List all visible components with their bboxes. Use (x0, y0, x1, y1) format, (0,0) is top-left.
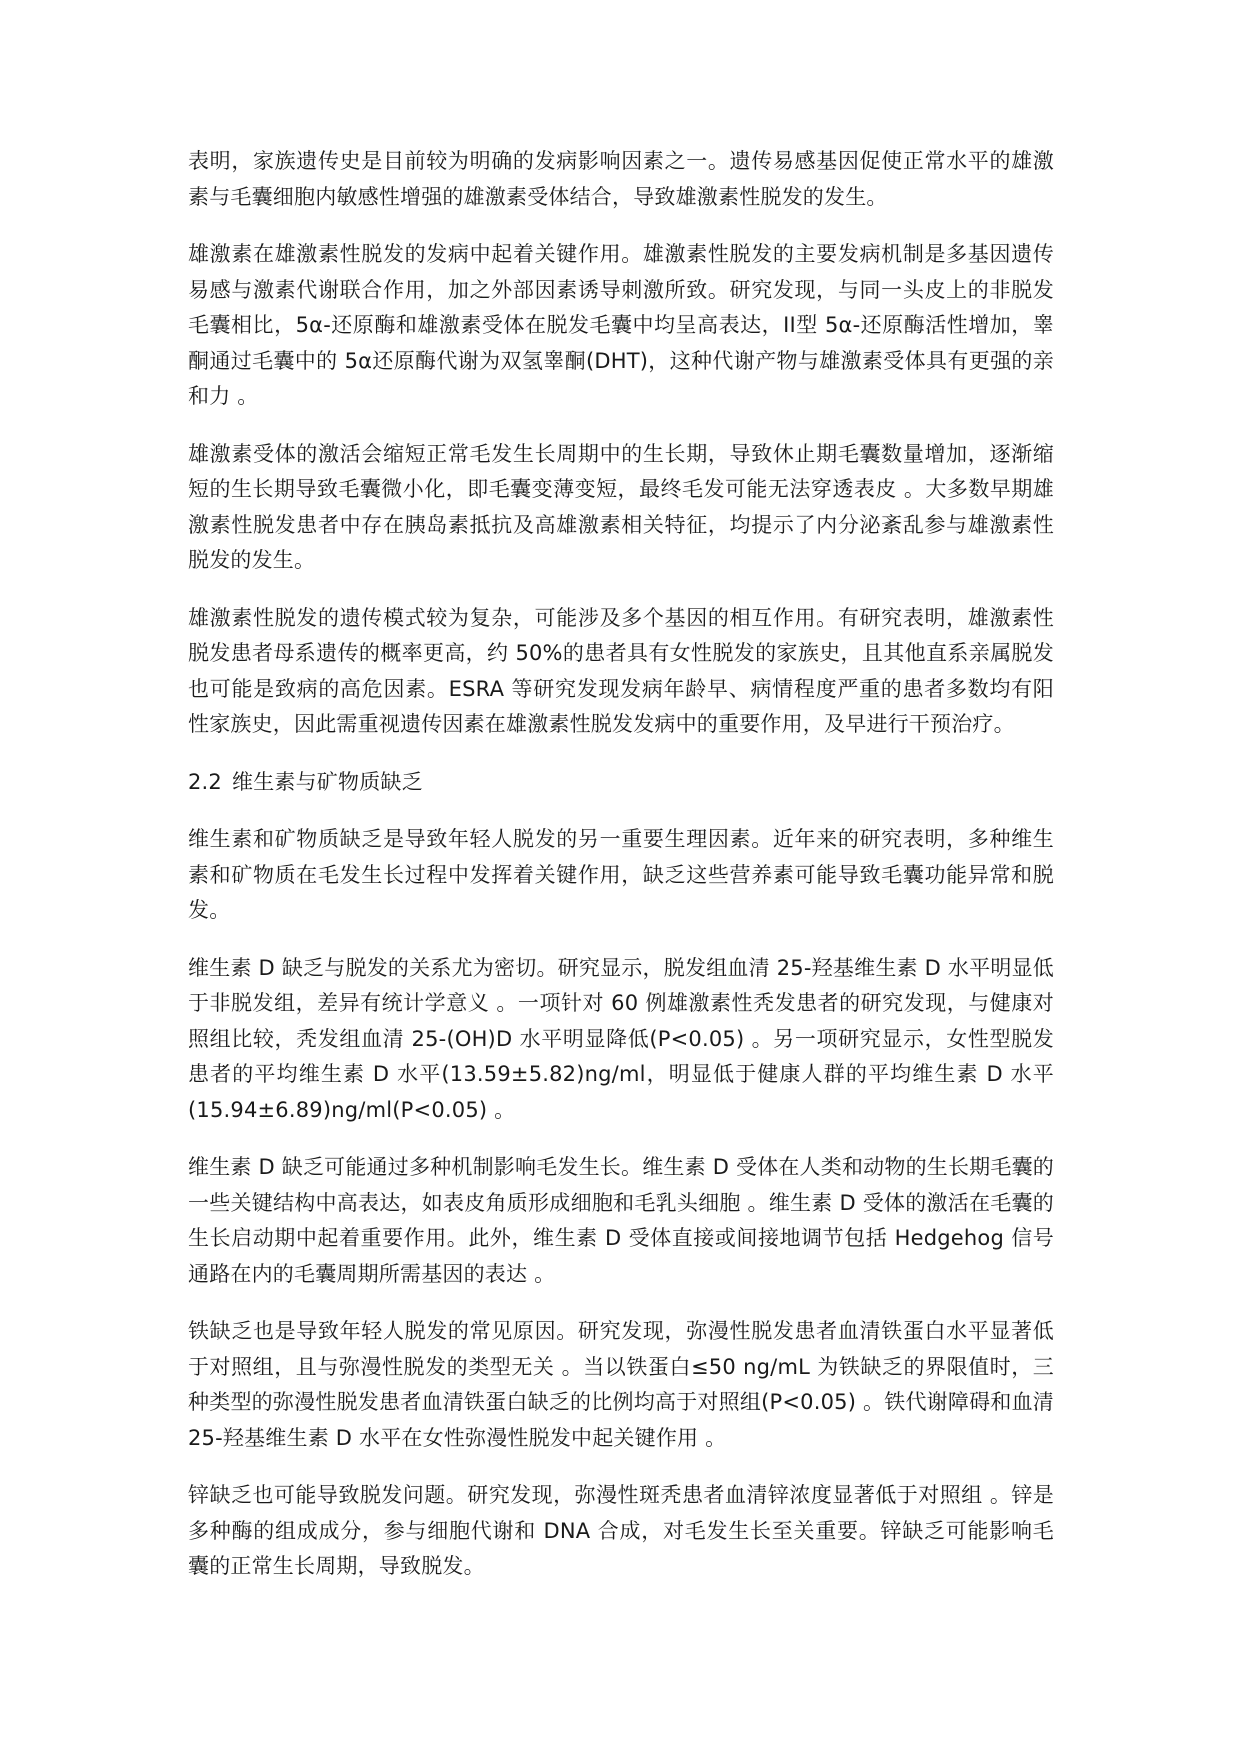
paragraph-family-history: 表明，家族遗传史是目前较为明确的发病影响因素之一。遗传易感基因促使正常水平的雄激… (188, 144, 1054, 215)
paragraph-iron-deficiency: 铁缺乏也是导致年轻人脱发的常见原因。研究发现，弥漫性脱发患者血清铁蛋白水平显著低… (188, 1314, 1054, 1456)
paragraph-vitamin-d-deficiency: 维生素 D 缺乏与脱发的关系尤为密切。研究显示，脱发组血清 25-羟基维生素 D… (188, 951, 1054, 1129)
section-number: 2.2 (188, 770, 222, 794)
paragraph-vitamin-mineral-intro: 维生素和矿物质缺乏是导致年轻人脱发的另一重要生理因素。近年来的研究表明，多种维生… (188, 822, 1054, 929)
paragraph-vitamin-d-mechanism: 维生素 D 缺乏可能通过多种机制影响毛发生长。维生素 D 受体在人类和动物的生长… (188, 1150, 1054, 1292)
section-heading: 2.2维生素与矿物质缺乏 (188, 765, 1054, 801)
paragraph-zinc-deficiency: 锌缺乏也可能导致脱发问题。研究发现，弥漫性斑秃患者血清锌浓度显著低于对照组 。锌… (188, 1478, 1054, 1585)
document-page: 表明，家族遗传史是目前较为明确的发病影响因素之一。遗传易感基因促使正常水平的雄激… (188, 144, 1054, 1607)
paragraph-androgen-receptor: 雄激素受体的激活会缩短正常毛发生长周期中的生长期，导致休止期毛囊数量增加，逐渐缩… (188, 437, 1054, 579)
paragraph-androgen-role: 雄激素在雄激素性脱发的发病中起着关键作用。雄激素性脱发的主要发病机制是多基因遗传… (188, 237, 1054, 415)
section-title: 维生素与矿物质缺乏 (232, 770, 423, 794)
paragraph-genetic-pattern: 雄激素性脱发的遗传模式较为复杂，可能涉及多个基因的相互作用。有研究表明，雄激素性… (188, 601, 1054, 743)
